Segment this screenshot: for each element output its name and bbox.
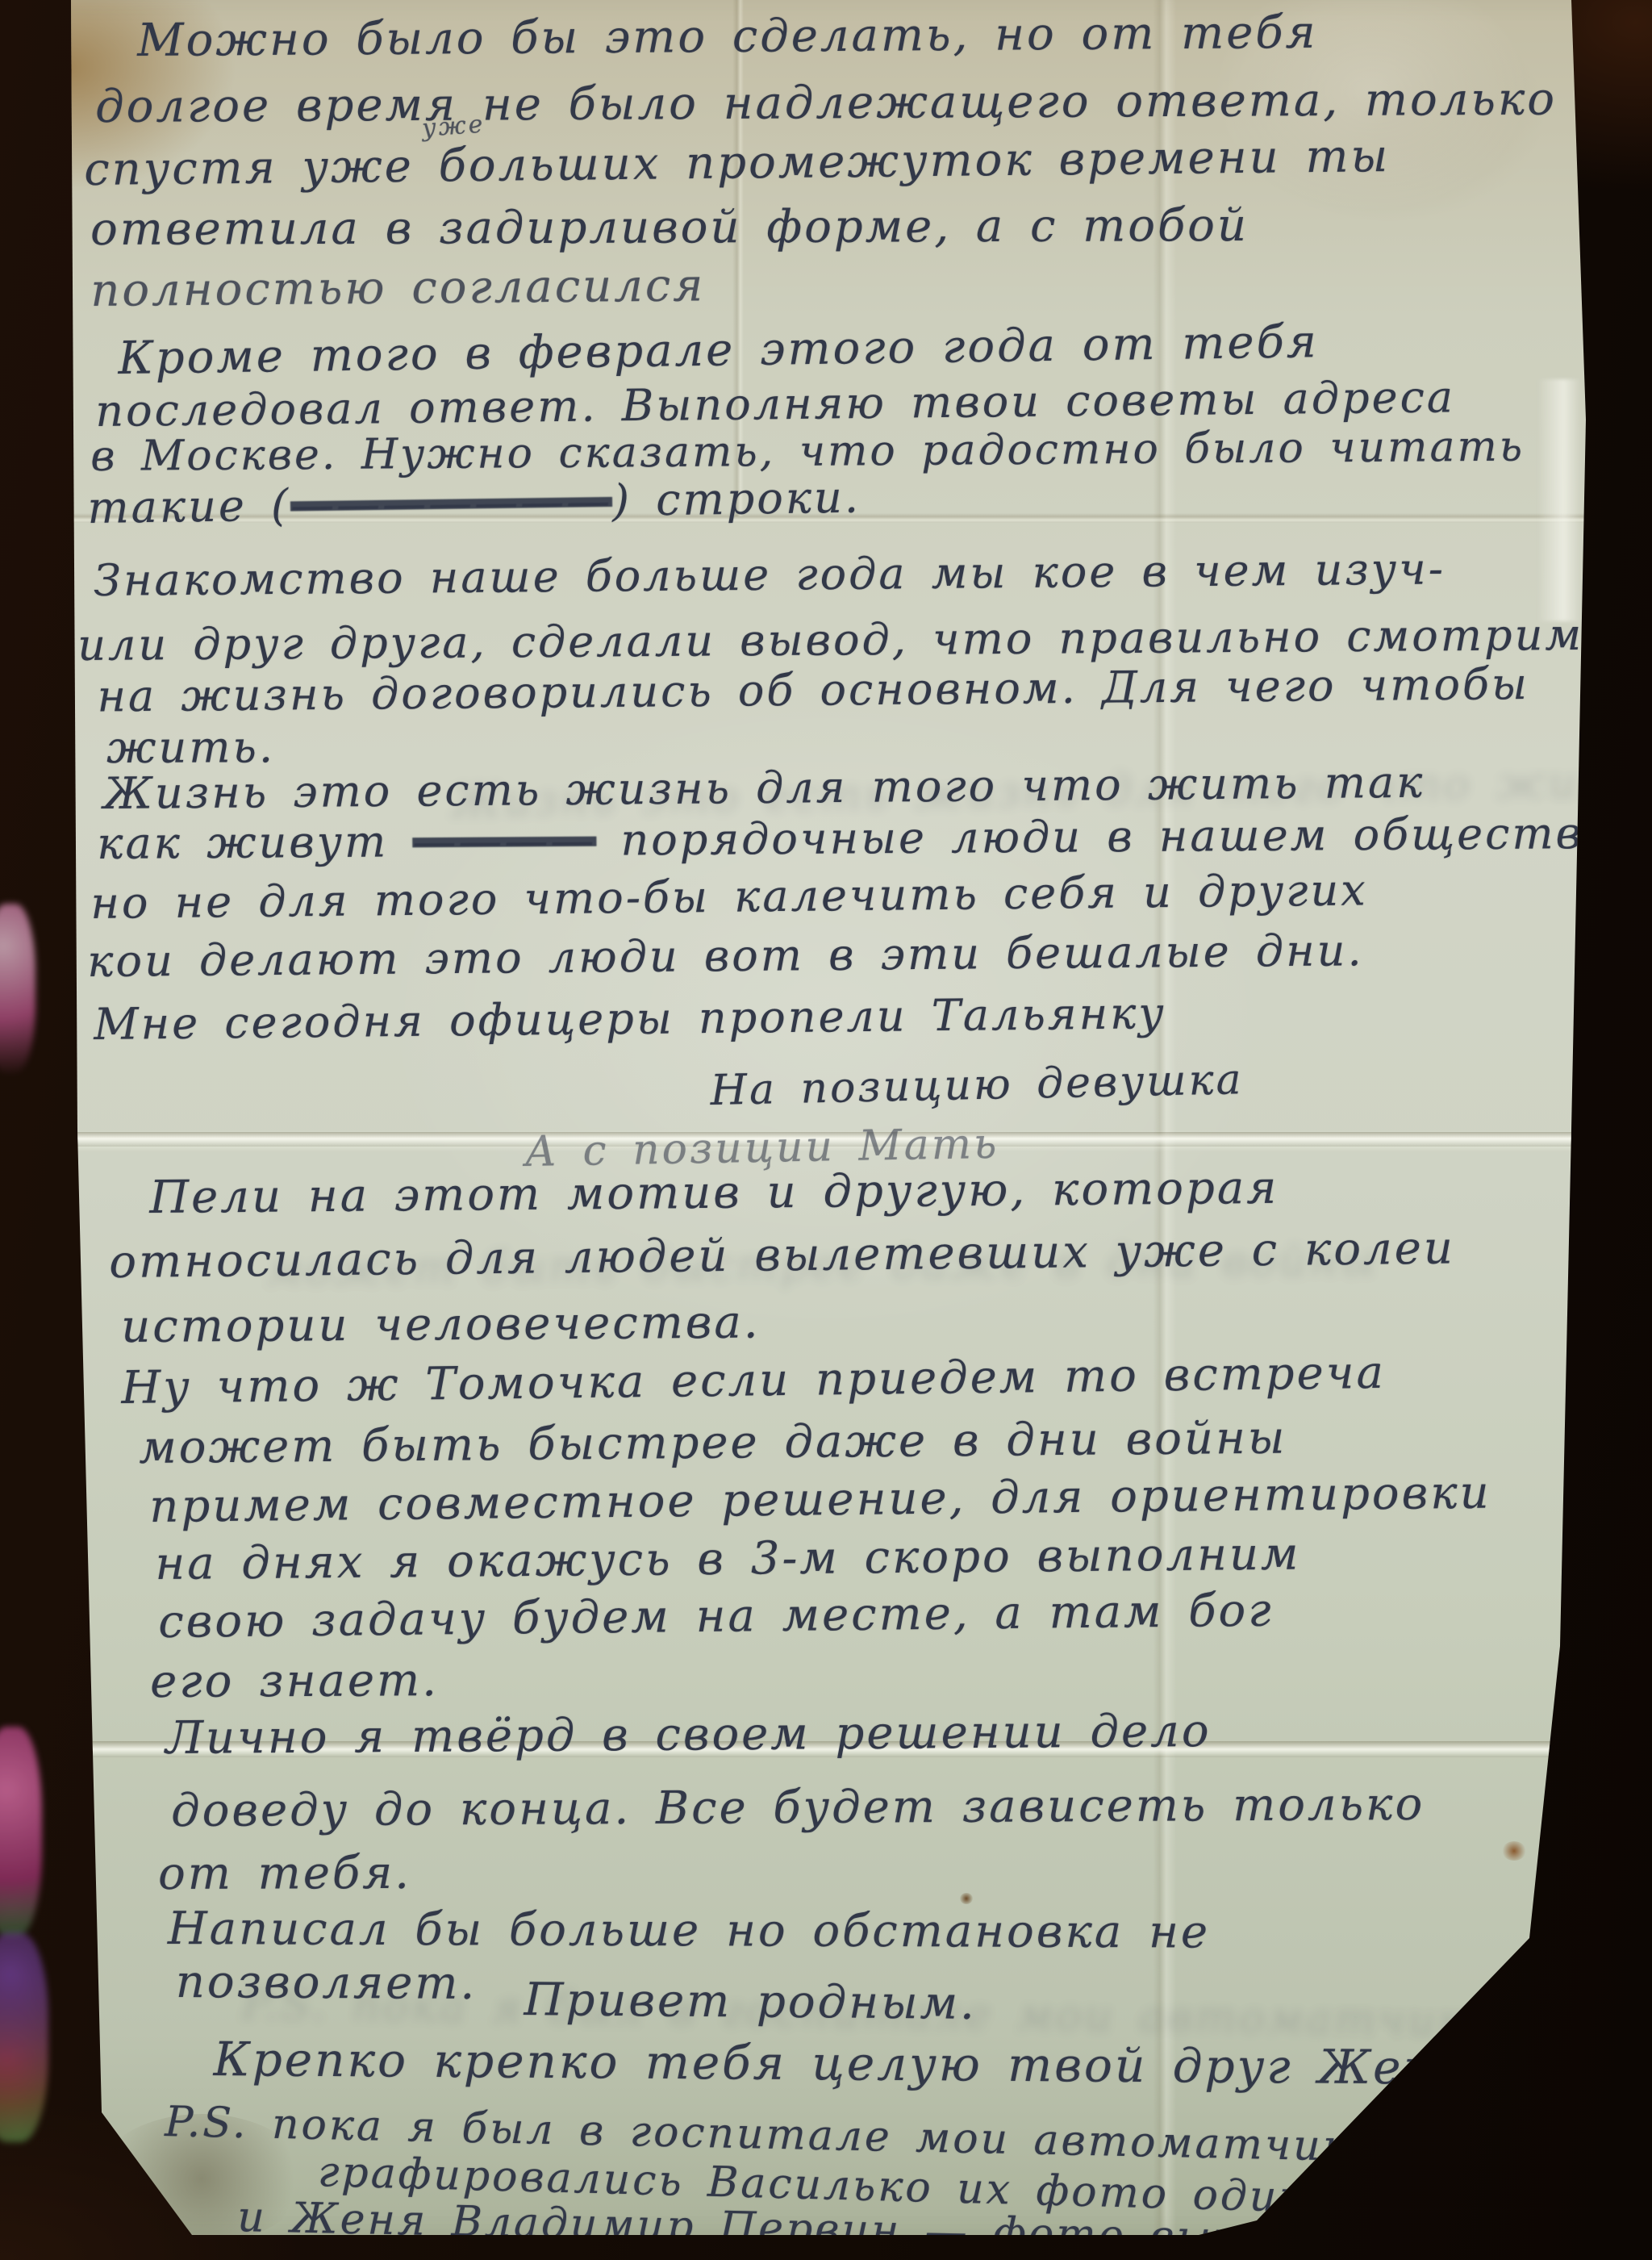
letter-line-with-strikeout: такие (———————) строки. xyxy=(87,472,861,533)
letter-line: спустя уже больших промежуток времени ты xyxy=(84,130,1390,196)
letter-line: истории человечества. xyxy=(121,1296,761,1353)
struck-out-word: ——————— xyxy=(290,475,613,531)
line-text: такие ( xyxy=(87,479,290,533)
paper-sheet: Жизнь это есть жизнь для того что жить т… xyxy=(0,0,1652,2260)
letter-photo: Жизнь это есть жизнь для того что жить т… xyxy=(0,0,1652,2260)
fabric-left-pink xyxy=(0,904,35,1073)
letter-line: на днях я окажусь в 3-м скоро выполним xyxy=(155,1528,1301,1590)
letter-line: ответила в задирливой форме, а с тобой xyxy=(90,199,1249,256)
rust-stain xyxy=(1502,1841,1526,1861)
letter-line: его знает. xyxy=(150,1654,439,1708)
letter-line-with-strikeout: как живут ———— порядочные люди в нашем о… xyxy=(97,808,1628,869)
letter-line: может быть быстрее даже в дни войны xyxy=(139,1412,1287,1474)
small-stain xyxy=(960,1893,973,1904)
letter-line: примем совместное решение, для ориентиро… xyxy=(149,1467,1491,1533)
letter-line: полностью согласился xyxy=(90,259,706,317)
line-text: порядочные люди в нашем обществе, xyxy=(596,808,1628,866)
letter-line: жить. xyxy=(106,721,275,773)
letter-line: Мне сегодня офицеры пропели Тальянку xyxy=(94,988,1166,1050)
fabric-left-purple-green xyxy=(0,1932,48,2142)
letter-line: кои делают это люди вот в эти бешалые дн… xyxy=(87,925,1364,987)
letter-line: позволяет. xyxy=(176,1956,478,2010)
letter-line: долгое время не было надлежащего ответа,… xyxy=(95,73,1557,133)
paper-edge-highlight xyxy=(1537,379,1581,621)
letter-line: но не для того что-бы калечить себя и др… xyxy=(90,864,1368,929)
fabric-left-magenta xyxy=(0,1727,42,1936)
letter-line: Пели на этот мотив и другую, которая xyxy=(149,1162,1279,1224)
line-text: как живут xyxy=(97,816,413,869)
line-text: ) строки. xyxy=(612,472,861,526)
letter-line: свою задачу будем на месте, а там бог xyxy=(158,1585,1274,1648)
inserted-word: уже xyxy=(421,111,486,143)
song-line: На позицию девушка xyxy=(710,1055,1244,1115)
letter-line: Можно было бы это сделать, но от тебя xyxy=(137,6,1318,67)
letter-line: Лично я твёрд в своем решении дело xyxy=(165,1705,1212,1765)
letter-line: от тебя. xyxy=(158,1847,411,1900)
letter-line: Написал бы больше но обстановка не xyxy=(168,1903,1210,1959)
letter-line: Знакомство наше больше года мы кое в чем… xyxy=(94,543,1445,606)
letter-line: доведу до конца. Все будет зависеть толь… xyxy=(171,1778,1425,1837)
letter-line: Ну что ж Томочка если приедем то встреча xyxy=(121,1347,1386,1414)
letter-line-signature: Крепко крепко тебя целую твой друг Женя xyxy=(214,2032,1471,2095)
struck-out-word: ———— xyxy=(412,815,596,867)
letter-line-greeting: Привет родным. xyxy=(524,1974,977,2030)
